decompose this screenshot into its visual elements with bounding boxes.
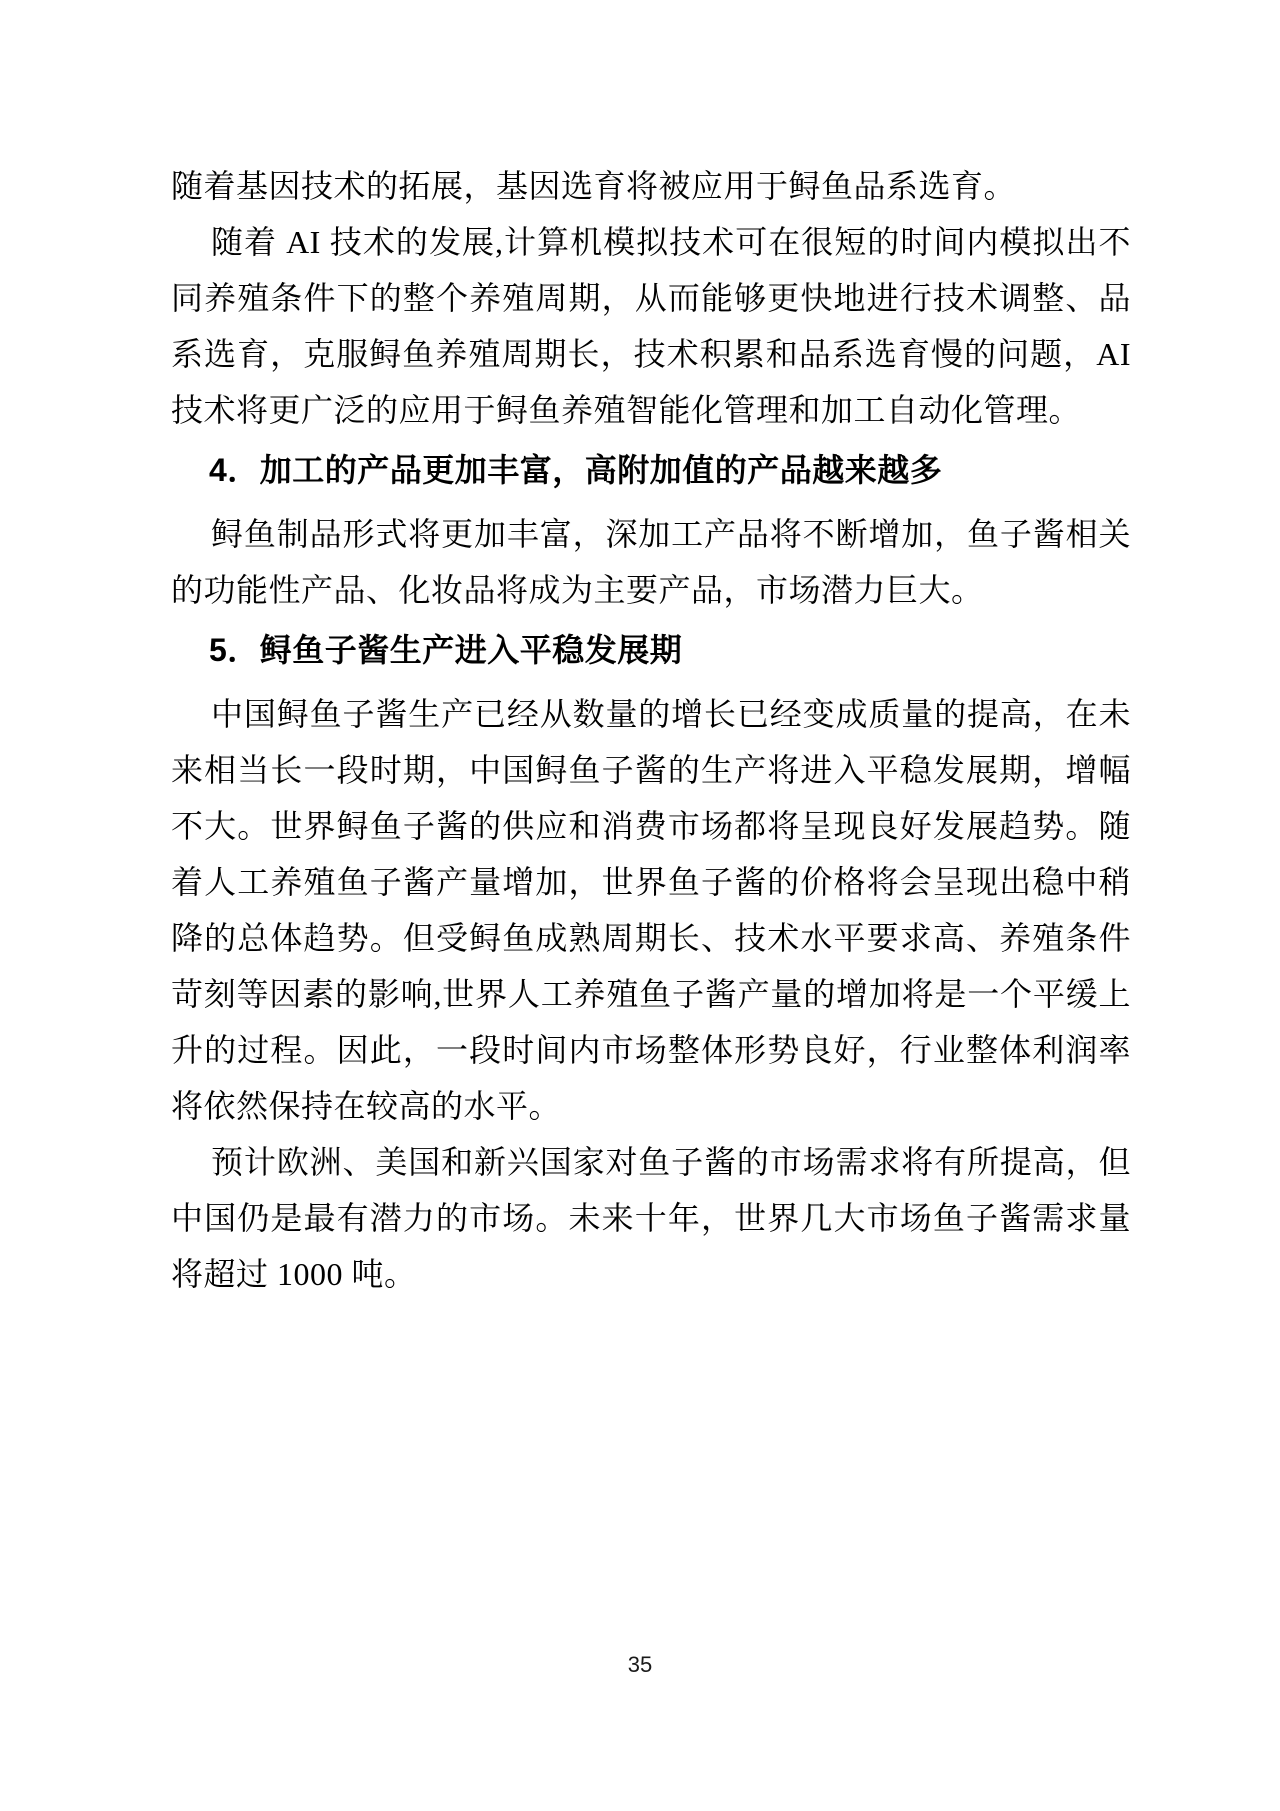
- paragraph-market-forecast: 预计欧洲、美国和新兴国家对鱼子酱的市场需求将有所提高，但中国仍是最有潜力的市场。…: [171, 1134, 1131, 1302]
- paragraph-continuation: 随着基因技术的拓展，基因选育将被应用于鲟鱼品系选育。: [171, 158, 1131, 214]
- section-heading-4: 4．加工的产品更加丰富，高附加值的产品越来越多: [171, 442, 1131, 498]
- section-heading-5: 5．鲟鱼子酱生产进入平稳发展期: [171, 622, 1131, 678]
- paragraph-caviar-production: 中国鲟鱼子酱生产已经从数量的增长已经变成质量的提高，在未来相当长一段时期，中国鲟…: [171, 686, 1131, 1134]
- page-number: 35: [0, 1650, 1280, 1680]
- paragraph-ai-technology: 随着 AI 技术的发展,计算机模拟技术可在很短的时间内模拟出不同养殖条件下的整个…: [171, 214, 1131, 438]
- document-body: 随着基因技术的拓展，基因选育将被应用于鲟鱼品系选育。 随着 AI 技术的发展,计…: [171, 158, 1131, 1302]
- document-page: 随着基因技术的拓展，基因选育将被应用于鲟鱼品系选育。 随着 AI 技术的发展,计…: [0, 0, 1280, 1811]
- paragraph-products: 鲟鱼制品形式将更加丰富，深加工产品将不断增加，鱼子酱相关的功能性产品、化妆品将成…: [171, 506, 1131, 618]
